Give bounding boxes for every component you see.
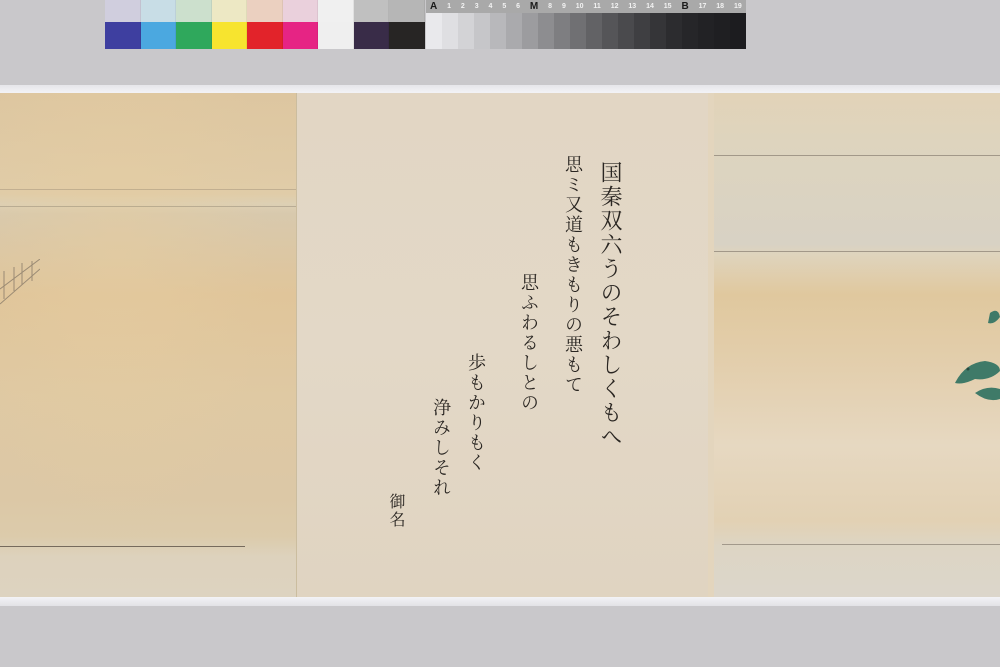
painting-left-panel	[0, 93, 296, 597]
color-swatch	[354, 22, 390, 49]
scale-label: 18	[716, 3, 724, 10]
color-swatch	[247, 22, 283, 49]
gray-step	[490, 13, 506, 49]
grayscale-scale-labels: A123456M89101112131415B171819	[426, 0, 746, 13]
grayscale-steps	[426, 13, 746, 49]
scale-label: 19	[734, 3, 742, 10]
scale-label: 12	[611, 3, 619, 10]
foliage-painting	[950, 303, 1000, 413]
calligraphy-column-2: 思ミ又道もきもりの悪もて	[559, 155, 585, 395]
scale-label: 4	[489, 3, 493, 10]
scroll-bottom-edge	[0, 597, 1000, 606]
color-swatch	[105, 22, 141, 49]
color-swatch	[283, 22, 319, 49]
gray-step	[474, 13, 490, 49]
handscroll: 国秦双六うのそわしくもへ 思ミ又道もきもりの悪もて 思ふわるしとの 歩もかりもく…	[0, 93, 1000, 597]
gray-step	[698, 13, 714, 49]
scale-label: 1	[447, 3, 451, 10]
color-swatch	[212, 22, 248, 49]
scale-label: 8	[548, 3, 552, 10]
gray-step	[586, 13, 602, 49]
scale-label: B	[681, 1, 688, 12]
gray-step	[554, 13, 570, 49]
calligraphy-column-5: 浄みしそれ	[427, 398, 453, 498]
gray-step	[650, 13, 666, 49]
scale-label: 6	[516, 3, 520, 10]
gray-step	[458, 13, 474, 49]
color-swatches-light	[105, 0, 425, 22]
fence-drawing	[0, 259, 40, 309]
color-swatch	[318, 0, 354, 22]
color-swatch	[141, 0, 177, 22]
scale-label: 2	[461, 3, 465, 10]
scale-label: 13	[628, 3, 636, 10]
color-swatch	[283, 0, 319, 22]
scale-label: 5	[502, 3, 506, 10]
color-swatch	[141, 22, 177, 49]
gray-step	[442, 13, 458, 49]
scale-label: 11	[593, 3, 600, 10]
scale-label: 10	[576, 3, 584, 10]
color-swatch	[247, 0, 283, 22]
grayscale-step-wedge: A123456M89101112131415B171819	[426, 0, 746, 49]
gray-step	[570, 13, 586, 49]
calligraphy-sheet: 国秦双六うのそわしくもへ 思ミ又道もきもりの悪もて 思ふわるしとの 歩もかりもく…	[296, 93, 710, 597]
painting-right-panel	[708, 93, 1000, 597]
gray-step	[538, 13, 554, 49]
gray-step	[714, 13, 730, 49]
color-swatch	[105, 0, 141, 22]
gray-step	[666, 13, 682, 49]
calligraphy-column-4: 歩もかりもく	[462, 353, 488, 473]
scale-label: 14	[646, 3, 654, 10]
scale-label: M	[530, 1, 538, 12]
gray-step	[634, 13, 650, 49]
gray-step	[426, 13, 442, 49]
color-swatch	[389, 22, 425, 49]
color-swatch	[176, 0, 212, 22]
gray-step	[730, 13, 746, 49]
gray-step	[506, 13, 522, 49]
gray-step	[618, 13, 634, 49]
scale-label: A	[430, 1, 437, 12]
calligraphy-column-3: 思ふわるしとの	[515, 273, 541, 413]
gray-step	[682, 13, 698, 49]
color-swatches-saturated	[105, 22, 425, 49]
scale-label: 3	[475, 3, 479, 10]
color-swatch	[354, 0, 390, 22]
scale-label: 17	[699, 3, 707, 10]
gray-step	[522, 13, 538, 49]
color-swatch	[176, 22, 212, 49]
calligraphy-column-1: 国秦双六うのそわしくもへ	[594, 161, 625, 449]
color-swatch	[318, 22, 354, 49]
scale-label: 9	[562, 3, 566, 10]
color-swatch	[212, 0, 248, 22]
scroll-top-edge	[0, 85, 1000, 93]
color-swatch	[389, 0, 425, 22]
scale-label: 15	[664, 3, 672, 10]
calligraphy-signature: 御名	[385, 493, 408, 529]
gray-step	[602, 13, 618, 49]
